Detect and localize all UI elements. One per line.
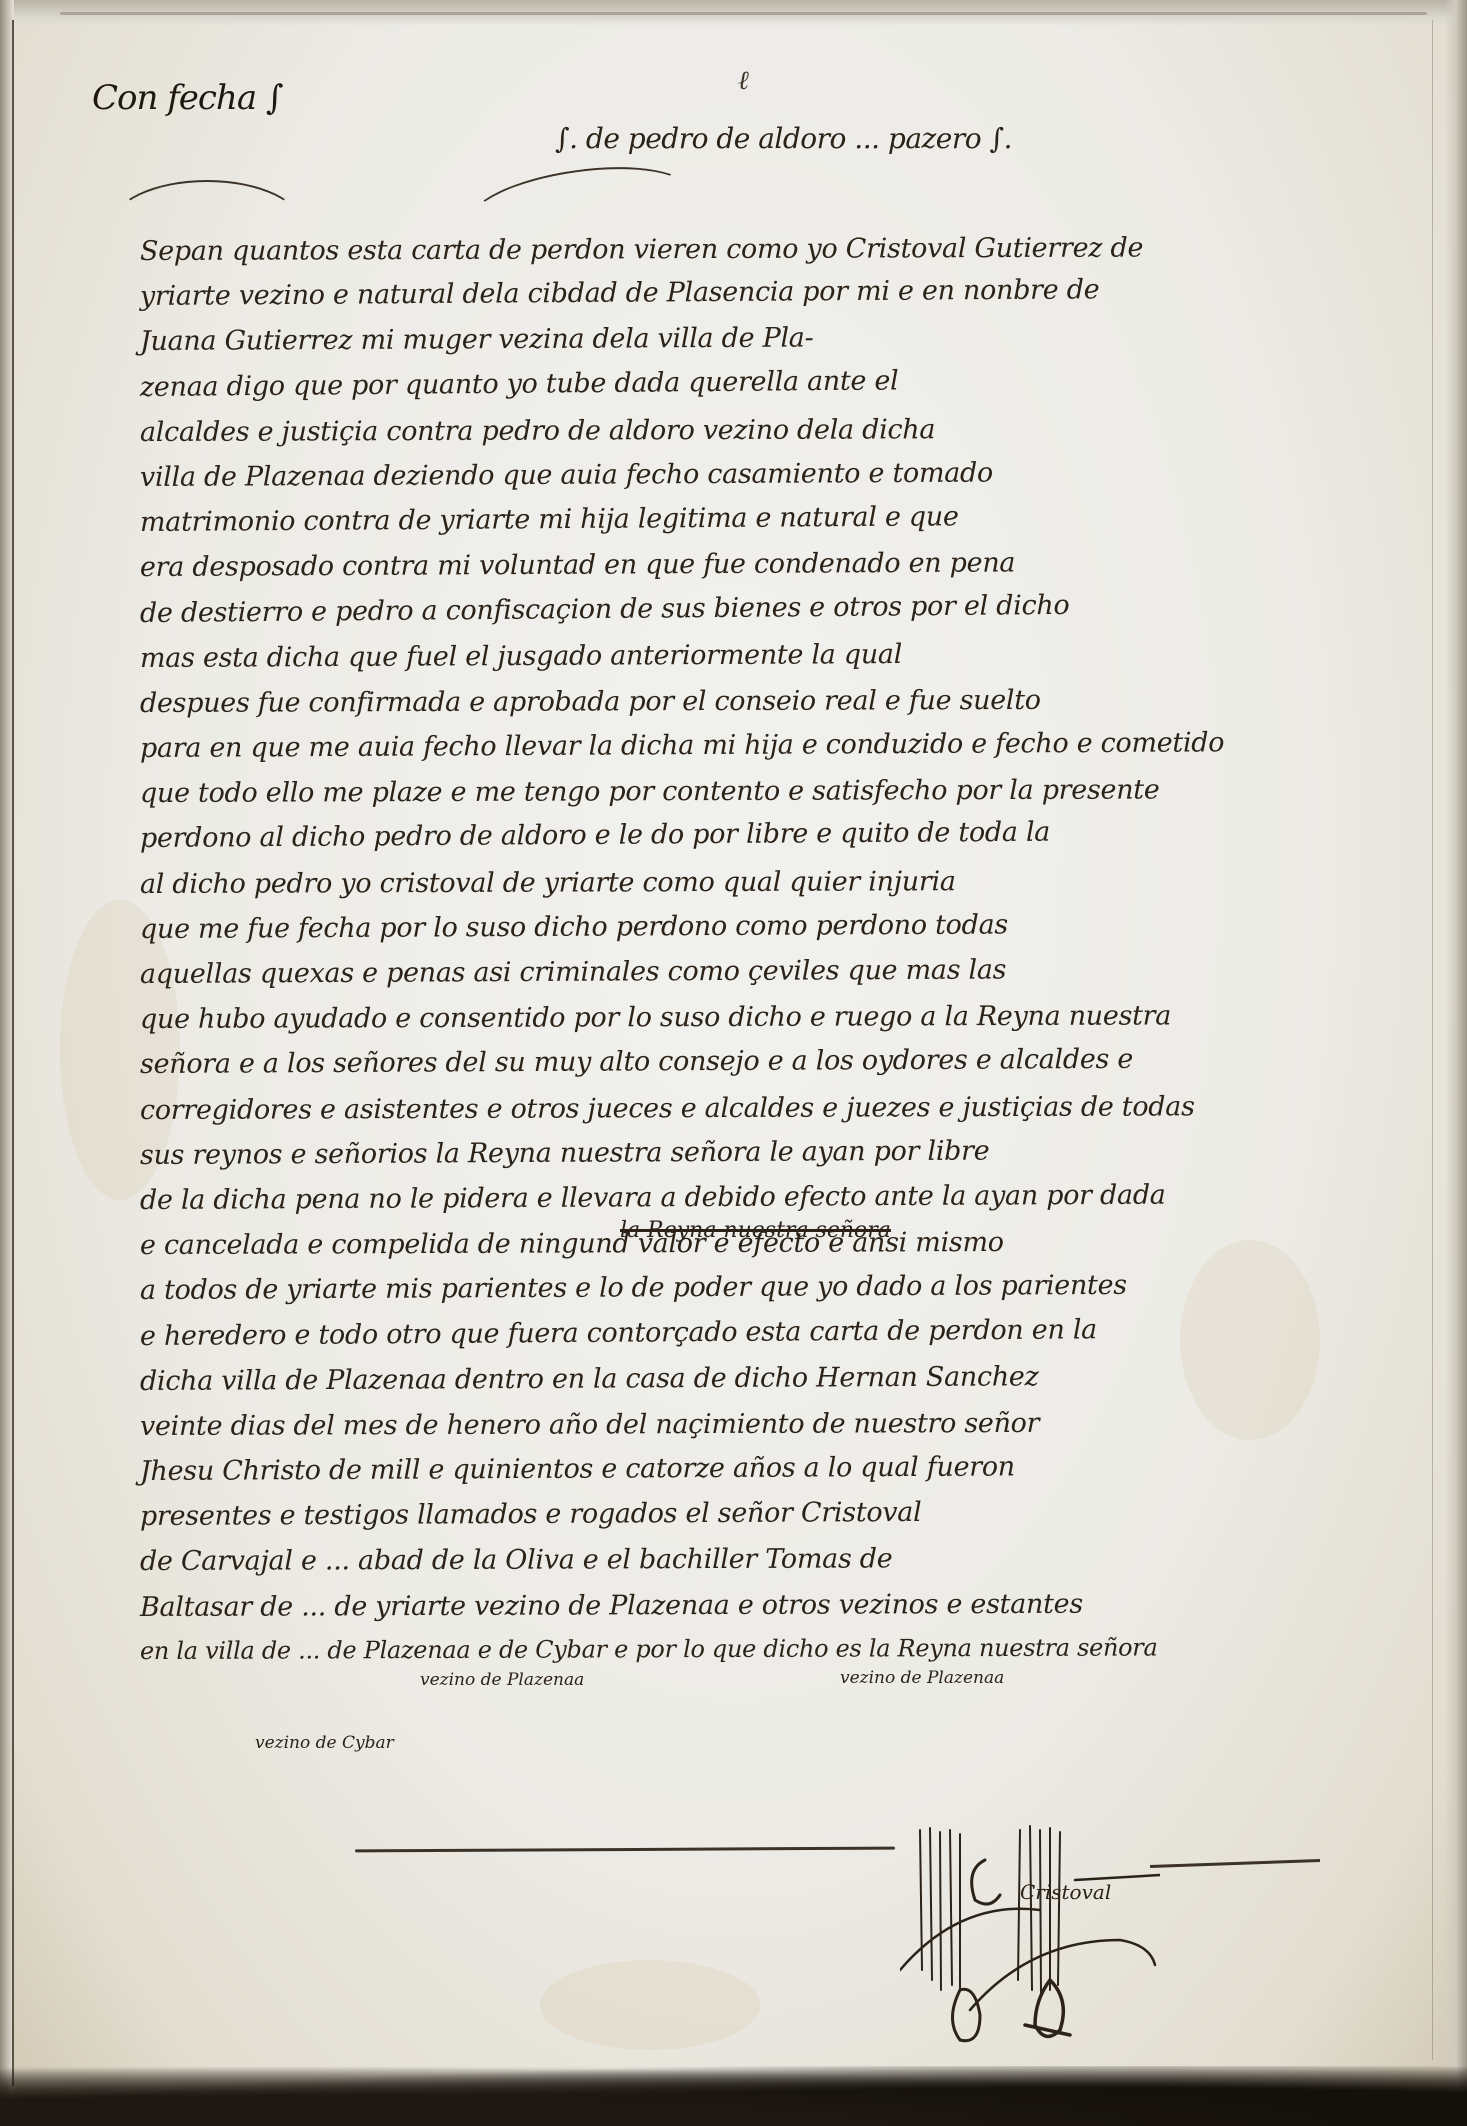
margin-note: Con fecha ∫ — [92, 78, 283, 118]
text-line: perdono al dicho pedro de aldoro e le do… — [140, 815, 1350, 869]
notary-sign-icon — [900, 1820, 1160, 2050]
heading-text: ∫. de pedro de aldoro ... pazero ∫. — [555, 122, 1012, 155]
text-line: que hubo ayudado e consentido por lo sus… — [140, 1000, 1350, 1049]
interlinear-note: vezino de Plazenaa — [840, 1668, 1004, 1688]
folio-mark-text: ℓ — [738, 66, 749, 96]
text-line: matrimonio contra de yriarte mi hija leg… — [140, 499, 1350, 553]
water-stain — [540, 1960, 760, 2050]
text-line: veinte dias del mes de henero año del na… — [140, 1407, 1350, 1456]
manuscript-page: Con fecha ∫ ℓ ∫. de pedro de aldoro ... … — [0, 0, 1467, 2126]
margin-note-text: Con fecha ∫ — [92, 78, 283, 118]
text-line: en la villa de ... de Plazenaa e de Cyba… — [140, 1633, 1350, 1682]
margin-ruling — [1432, 20, 1433, 2060]
page-right-edge — [1445, 0, 1467, 2126]
text-line: sus reynos e señorios la Reyna nuestra s… — [140, 1133, 1350, 1185]
text-line: presentes e testigos llamados e rogados … — [140, 1495, 1350, 1547]
text-line: Baltasar de ... de yriarte vezino de Pla… — [140, 1587, 1350, 1636]
interlinear-note: vezino de Cybar — [255, 1733, 394, 1753]
text-line: que me fue fecha por lo suso dicho perdo… — [140, 907, 1350, 959]
folio-mark: ℓ — [738, 66, 749, 96]
document-heading: ∫. de pedro de aldoro ... pazero ∫. — [555, 122, 1012, 155]
struck-text: la Reyna nuestra señora — [620, 1218, 891, 1243]
signature-label: Cristoval — [1020, 1880, 1111, 1904]
text-line: yriarte vezino e natural dela cibdad de … — [140, 273, 1350, 327]
document-body: Sepan quantos esta carta de perdon viere… — [140, 236, 1350, 1682]
closing-rule — [1150, 1859, 1320, 1868]
text-line: señora e a los señores del su muy alto c… — [140, 1043, 1350, 1095]
page-binding-edge — [0, 0, 14, 2126]
text-line: para en que me auia fecho llevar la dich… — [140, 727, 1350, 779]
text-line: Jhesu Christo de mill e quinientos e cat… — [140, 1450, 1350, 1502]
text-line: alcaldes e justiçia contra pedro de aldo… — [140, 413, 1350, 462]
text-line: al dicho pedro yo cristoval de yriarte c… — [140, 864, 1350, 913]
text-line: corregidores e asistentes e otros jueces… — [140, 1090, 1350, 1139]
text-line: de Carvajal e ... abad de la Oliva e el … — [140, 1542, 1350, 1591]
text-line: despues fue confirmada e aprobada por el… — [140, 684, 1350, 733]
text-line: e heredero e todo otro que fuera contorç… — [140, 1312, 1350, 1366]
text-line: a todos de yriarte mis parientes e lo de… — [140, 1269, 1350, 1321]
page-damaged-edge — [0, 2066, 1467, 2126]
text-line: dicha villa de Plazenaa dentro en la cas… — [140, 1359, 1350, 1411]
page-top-edge — [0, 0, 1467, 26]
text-line: mas esta dicha que fuel el jusgado anter… — [140, 636, 1350, 688]
text-line: aquellas quexas e penas asi criminales c… — [140, 953, 1350, 1005]
interlinear-note: vezino de Plazenaa — [420, 1670, 584, 1690]
closing-rule — [355, 1847, 895, 1853]
